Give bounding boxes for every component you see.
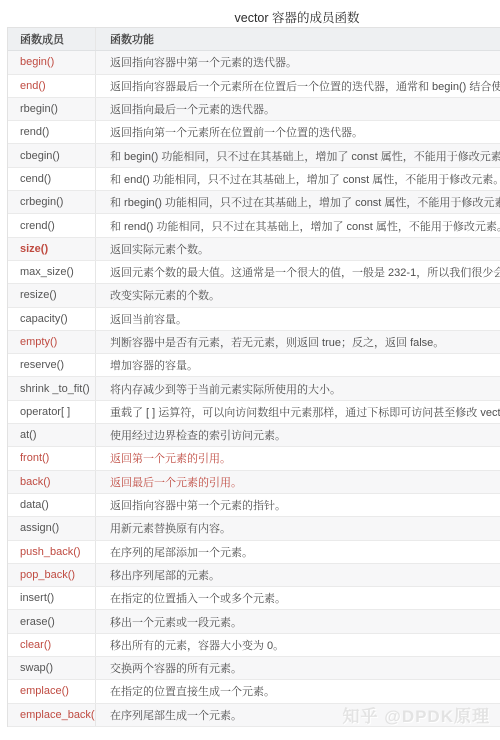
function-description: 返回指向最后一个元素的迭代器。 (96, 98, 500, 120)
table-row: assign()用新元素替换原有内容。 (8, 517, 500, 540)
function-description: 返回指向容器最后一个元素所在位置后一个位置的迭代器，通常和 begin() 结合… (96, 75, 500, 97)
table-row: at()使用经过边界检查的索引访问元素。 (8, 424, 500, 447)
column-header-function-purpose: 函数功能 (96, 28, 500, 50)
function-name: clear() (8, 634, 96, 656)
table-row: erase()移出一个元素或一段元素。 (8, 610, 500, 633)
function-name: insert() (8, 587, 96, 609)
table-row: rend()返回指向第一个元素所在位置前一个位置的迭代器。 (8, 121, 500, 144)
function-name: emplace() (8, 680, 96, 702)
function-name: rend() (8, 121, 96, 143)
function-name: cend() (8, 168, 96, 190)
function-name: begin() (8, 51, 96, 73)
function-name: assign() (8, 517, 96, 539)
function-description: 将内存减少到等于当前元素实际所使用的大小。 (96, 377, 500, 399)
function-name: max_size() (8, 261, 96, 283)
table-row: shrink _to_fit()将内存减少到等于当前元素实际所使用的大小。 (8, 377, 500, 400)
function-name: emplace_back() (8, 704, 96, 726)
function-name: end() (8, 75, 96, 97)
function-description: 移出一个元素或一段元素。 (96, 610, 500, 632)
table-row: clear()移出所有的元素，容器大小变为 0。 (8, 634, 500, 657)
table-row: rbegin()返回指向最后一个元素的迭代器。 (8, 98, 500, 121)
function-description: 改变实际元素的个数。 (96, 284, 500, 306)
function-description: 返回最后一个元素的引用。 (96, 471, 500, 493)
function-name: swap() (8, 657, 96, 679)
function-description: 在指定的位置插入一个或多个元素。 (96, 587, 500, 609)
table-row: begin()返回指向容器中第一个元素的迭代器。 (8, 51, 500, 74)
member-function-table: 函数成员 函数功能 begin()返回指向容器中第一个元素的迭代器。end()返… (7, 27, 500, 727)
table-row: empty()判断容器中是否有元素，若无元素，则返回 true；反之，返回 fa… (8, 331, 500, 354)
function-name: erase() (8, 610, 96, 632)
table-row: max_size()返回元素个数的最大值。这通常是一个很大的值，一般是 232-… (8, 261, 500, 284)
function-description: 在指定的位置直接生成一个元素。 (96, 680, 500, 702)
function-description: 增加容器的容量。 (96, 354, 500, 376)
function-description: 和 rbegin() 功能相同，只不过在其基础上，增加了 const 属性，不能… (96, 191, 500, 213)
table-row: cend()和 end() 功能相同，只不过在其基础上，增加了 const 属性… (8, 168, 500, 191)
function-name: operator[ ] (8, 401, 96, 423)
page: vector 容器的成员函数 函数成员 函数功能 begin()返回指向容器中第… (0, 0, 500, 740)
table-row: crend()和 rend() 功能相同，只不过在其基础上，增加了 const … (8, 214, 500, 237)
function-description: 返回实际元素个数。 (96, 238, 500, 260)
function-name: reserve() (8, 354, 96, 376)
function-name: shrink _to_fit() (8, 377, 96, 399)
function-name: crbegin() (8, 191, 96, 213)
table-row: data()返回指向容器中第一个元素的指针。 (8, 494, 500, 517)
function-description: 移出所有的元素，容器大小变为 0。 (96, 634, 500, 656)
function-name: at() (8, 424, 96, 446)
table-row: end()返回指向容器最后一个元素所在位置后一个位置的迭代器，通常和 begin… (8, 75, 500, 98)
function-name: size() (8, 238, 96, 260)
function-description: 和 rend() 功能相同，只不过在其基础上，增加了 const 属性，不能用于… (96, 214, 500, 236)
function-description: 使用经过边界检查的索引访问元素。 (96, 424, 500, 446)
table-header-row: 函数成员 函数功能 (8, 28, 500, 51)
table-row: push_back()在序列的尾部添加一个元素。 (8, 541, 500, 564)
table-row: swap()交换两个容器的所有元素。 (8, 657, 500, 680)
function-description: 移出序列尾部的元素。 (96, 564, 500, 586)
function-name: data() (8, 494, 96, 516)
function-description: 交换两个容器的所有元素。 (96, 657, 500, 679)
zhihu-watermark: 知乎 @DPDK原理 (343, 702, 490, 727)
function-description: 返回第一个元素的引用。 (96, 447, 500, 469)
function-description: 返回元素个数的最大值。这通常是一个很大的值，一般是 232-1，所以我们很少会用… (96, 261, 500, 283)
function-name: crend() (8, 214, 96, 236)
function-description: 重载了 [ ] 运算符，可以向访问数组中元素那样，通过下标即可访问甚至修改 ve… (96, 401, 500, 423)
table-row: resize()改变实际元素的个数。 (8, 284, 500, 307)
function-description: 在序列的尾部添加一个元素。 (96, 541, 500, 563)
table-row: back()返回最后一个元素的引用。 (8, 471, 500, 494)
table-row: pop_back()移出序列尾部的元素。 (8, 564, 500, 587)
column-header-function-member: 函数成员 (8, 28, 96, 50)
table-row: crbegin()和 rbegin() 功能相同，只不过在其基础上，增加了 co… (8, 191, 500, 214)
function-description: 和 end() 功能相同，只不过在其基础上，增加了 const 属性，不能用于修… (96, 168, 500, 190)
function-name: cbegin() (8, 144, 96, 166)
function-name: empty() (8, 331, 96, 353)
table-row: insert()在指定的位置插入一个或多个元素。 (8, 587, 500, 610)
function-description: 和 begin() 功能相同，只不过在其基础上，增加了 const 属性，不能用… (96, 144, 500, 166)
function-name: push_back() (8, 541, 96, 563)
function-description: 返回指向容器中第一个元素的迭代器。 (96, 51, 500, 73)
function-name: resize() (8, 284, 96, 306)
function-description: 判断容器中是否有元素，若无元素，则返回 true；反之，返回 false。 (96, 331, 500, 353)
function-description: 返回指向容器中第一个元素的指针。 (96, 494, 500, 516)
function-name: front() (8, 447, 96, 469)
function-name: capacity() (8, 308, 96, 330)
page-title: vector 容器的成员函数 (234, 8, 359, 26)
function-description: 用新元素替换原有内容。 (96, 517, 500, 539)
function-name: back() (8, 471, 96, 493)
function-description: 返回指向第一个元素所在位置前一个位置的迭代器。 (96, 121, 500, 143)
function-description: 返回当前容量。 (96, 308, 500, 330)
table-row: emplace()在指定的位置直接生成一个元素。 (8, 680, 500, 703)
function-name: rbegin() (8, 98, 96, 120)
table-row: reserve()增加容器的容量。 (8, 354, 500, 377)
table-row: capacity()返回当前容量。 (8, 308, 500, 331)
table-row: operator[ ]重载了 [ ] 运算符，可以向访问数组中元素那样，通过下标… (8, 401, 500, 424)
table-row: size()返回实际元素个数。 (8, 238, 500, 261)
function-name: pop_back() (8, 564, 96, 586)
table-row: cbegin()和 begin() 功能相同，只不过在其基础上，增加了 cons… (8, 144, 500, 167)
table-row: front()返回第一个元素的引用。 (8, 447, 500, 470)
